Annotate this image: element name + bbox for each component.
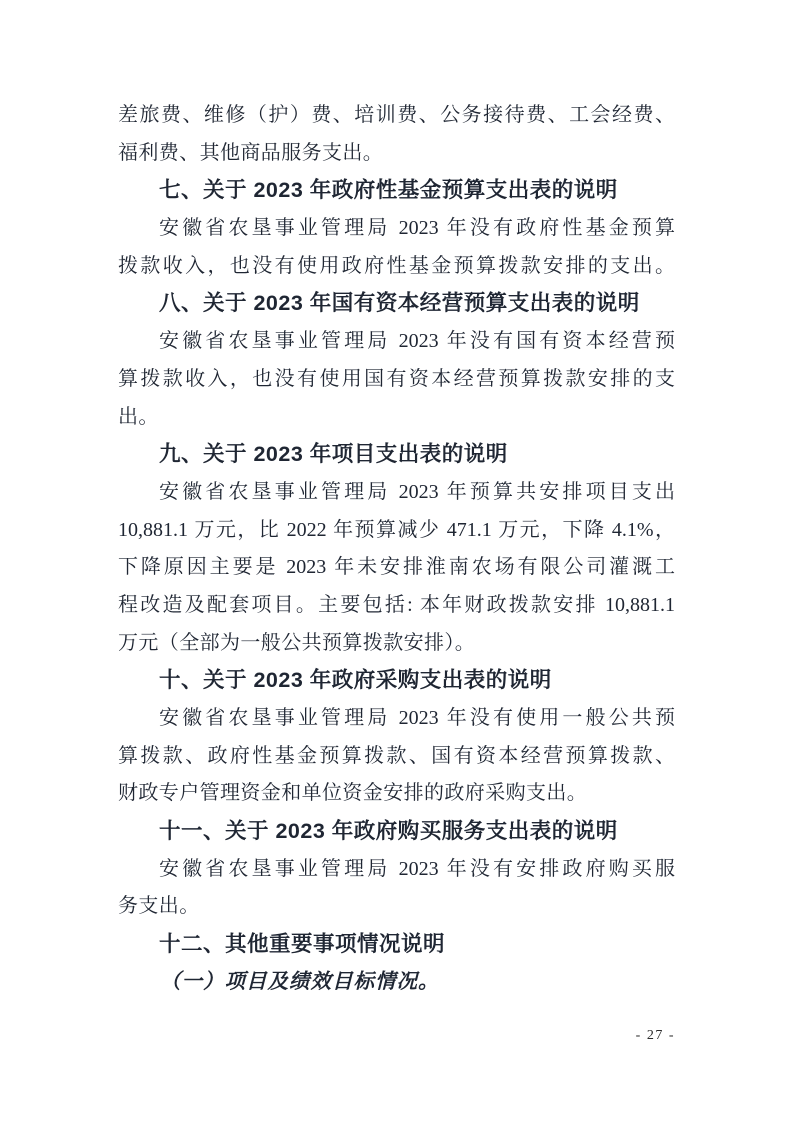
paragraph-line: 万元（全部为一般公共预算拨款安排）。	[118, 625, 675, 663]
paragraph-line: 算拨款收入，也没有使用国有资本经营预算拨款安排的支	[118, 361, 675, 399]
paragraph-line: 10,881.1 万元，比 2022 年预算减少 471.1 万元，下降 4.1…	[118, 512, 675, 550]
section-heading-9: 九、关于 2023 年项目支出表的说明	[118, 436, 675, 474]
paragraph-line: 安徽省农垦事业管理局 2023 年没有政府性基金预算	[118, 210, 675, 248]
paragraph-line: 程改造及配套项目。主要包括: 本年财政拨款安排 10,881.1	[118, 587, 675, 625]
paragraph-line: 算拨款、政府性基金预算拨款、国有资本经营预算拨款、	[118, 738, 675, 776]
document-page: 差旅费、维修（护）费、培训费、公务接待费、工会经费、 福利费、其他商品服务支出。…	[0, 0, 794, 1123]
paragraph-line: 财政专户管理资金和单位资金安排的政府采购支出。	[118, 775, 675, 813]
paragraph-line: 下降原因主要是 2023 年未安排淮南农场有限公司灌溉工	[118, 549, 675, 587]
paragraph-line: 差旅费、维修（护）费、培训费、公务接待费、工会经费、	[118, 97, 675, 135]
paragraph-line: 福利费、其他商品服务支出。	[118, 135, 675, 173]
section-heading-8: 八、关于 2023 年国有资本经营预算支出表的说明	[118, 285, 675, 323]
paragraph-line: 安徽省农垦事业管理局 2023 年没有国有资本经营预	[118, 323, 675, 361]
paragraph-line: 安徽省农垦事业管理局 2023 年没有安排政府购买服	[118, 851, 675, 889]
section-heading-10: 十、关于 2023 年政府采购支出表的说明	[118, 662, 675, 700]
subsection-heading-1: （一）项目及绩效目标情况。	[118, 964, 675, 1002]
paragraph-line: 务支出。	[118, 888, 675, 926]
page-number: - 27 -	[118, 1028, 675, 1044]
section-heading-11: 十一、关于 2023 年政府购买服务支出表的说明	[118, 813, 675, 851]
document-body: 差旅费、维修（护）费、培训费、公务接待费、工会经费、 福利费、其他商品服务支出。…	[118, 97, 675, 1002]
paragraph-line: 出。	[118, 399, 675, 437]
paragraph-line: 拨款收入，也没有使用政府性基金预算拨款安排的支出。	[118, 248, 675, 286]
section-heading-12: 十二、其他重要事项情况说明	[118, 926, 675, 964]
paragraph-line: 安徽省农垦事业管理局 2023 年没有使用一般公共预	[118, 700, 675, 738]
section-heading-7: 七、关于 2023 年政府性基金预算支出表的说明	[118, 172, 675, 210]
paragraph-line: 安徽省农垦事业管理局 2023 年预算共安排项目支出	[118, 474, 675, 512]
